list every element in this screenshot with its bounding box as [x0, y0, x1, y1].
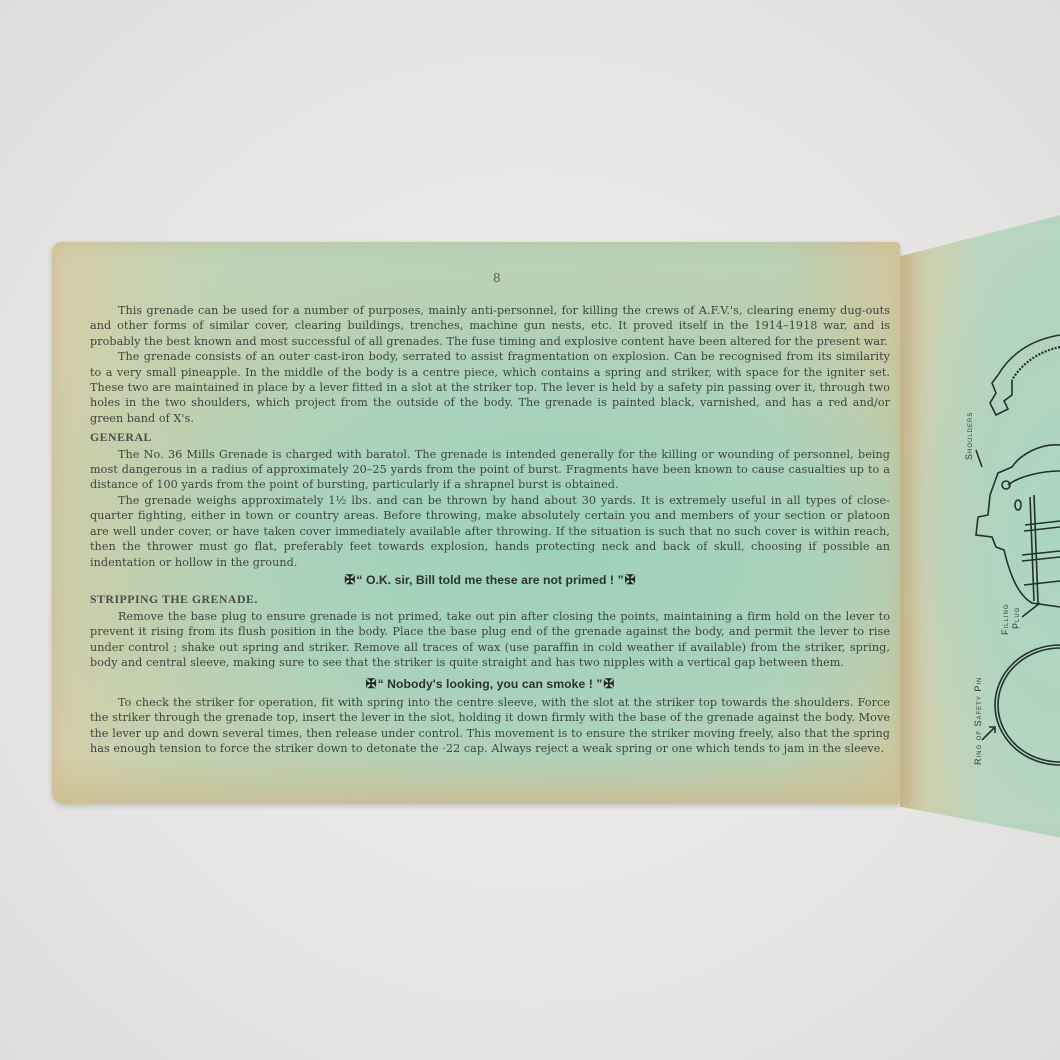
label-filling: Filling	[1000, 603, 1010, 635]
label-ring-of-safety-pin: Ring of Safety Pin	[973, 677, 983, 765]
iron-cross-icon: ✠	[343, 572, 356, 587]
general-paragraph-2: The grenade weighs approximately 1½ lbs.…	[90, 493, 890, 570]
label-shoulders: Shoulders	[964, 412, 974, 460]
grenade-diagram: Shoulders Filling Plug Ring of Safety Pi…	[900, 205, 1060, 845]
iron-cross-icon: ✠	[624, 572, 637, 587]
quote-smoke: ✠“ Nobody's looking, you can smoke ! ”✠	[90, 676, 890, 692]
page-text: This grenade can be used for a number of…	[90, 303, 890, 756]
section-heading-stripping: STRIPPING THE GRENADE.	[90, 592, 890, 607]
quote-text: “ Nobody's looking, you can smoke ! ”	[378, 677, 603, 691]
intro-paragraph-2: The grenade consists of an outer cast-ir…	[90, 349, 890, 426]
stripping-paragraph-1: Remove the base plug to ensure grenade i…	[90, 609, 890, 671]
section-heading-general: GENERAL	[90, 430, 890, 445]
quote-text: “ O.K. sir, Bill told me these are not p…	[356, 573, 623, 587]
label-plug: Plug	[1011, 607, 1021, 629]
general-paragraph-1: The No. 36 Mills Grenade is charged with…	[90, 447, 890, 493]
quote-not-primed: ✠“ O.K. sir, Bill told me these are not …	[90, 572, 890, 588]
iron-cross-icon: ✠	[602, 676, 615, 691]
iron-cross-icon: ✠	[365, 676, 378, 691]
page-number: 8	[493, 271, 501, 285]
intro-paragraph-1: This grenade can be used for a number of…	[90, 303, 890, 349]
stripping-paragraph-2: To check the striker for operation, fit …	[90, 695, 890, 757]
